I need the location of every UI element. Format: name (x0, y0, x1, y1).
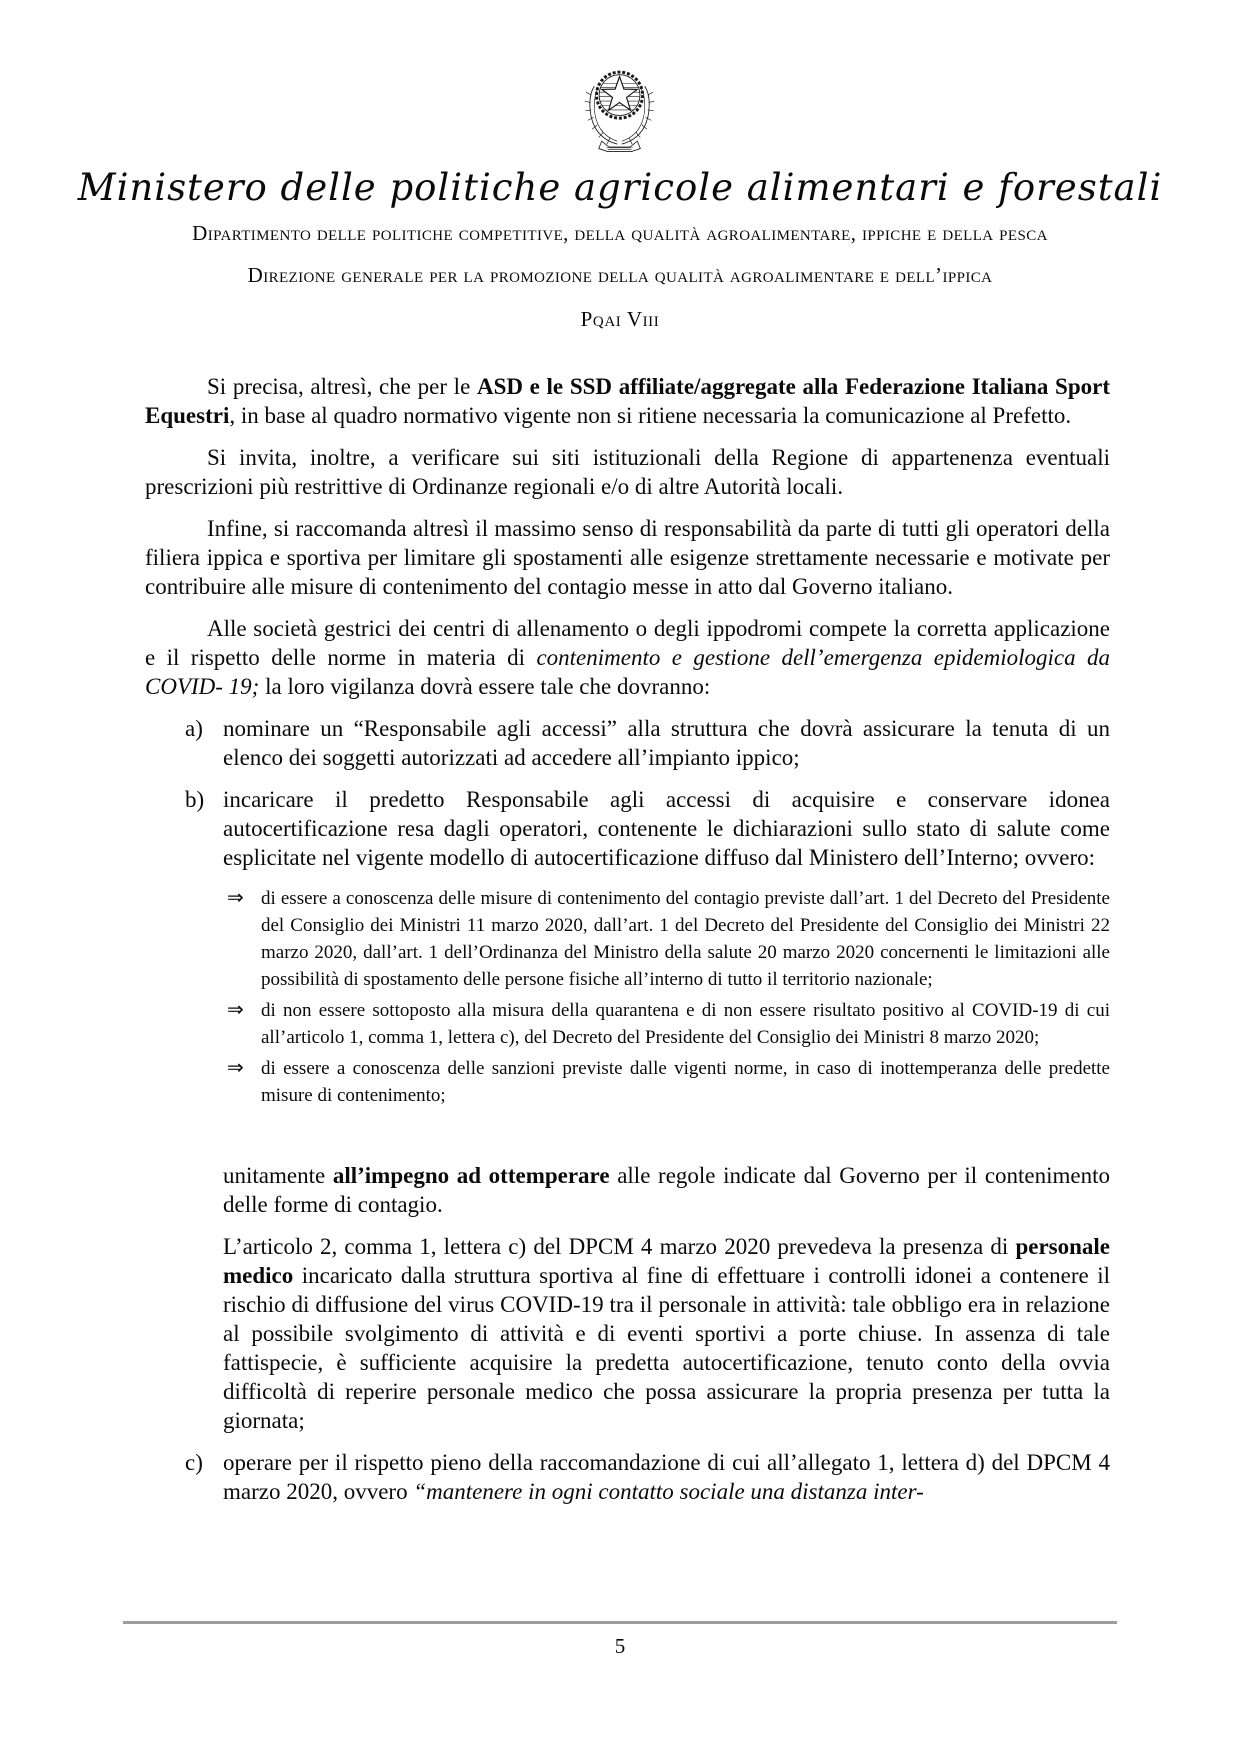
text-run: , in base al quadro normativo vigente no… (229, 403, 1071, 428)
text-run-bold: all’impegno ad ottemperare (333, 1163, 610, 1188)
text-run: incaricato dalla struttura sportiva al f… (223, 1263, 1110, 1433)
paragraph-articolo-2: L’articolo 2, comma 1, lettera c) del DP… (223, 1232, 1110, 1435)
paragraph-unitamente: unitamente all’impegno ad ottemperare al… (223, 1161, 1110, 1219)
list-marker-c: c) (185, 1448, 223, 1506)
document-page: Ministero delle politiche agricole alime… (0, 0, 1240, 1755)
paragraph-societa-gestrici: Alle società gestrici dei centri di alle… (145, 614, 1110, 701)
ministry-title: Ministero delle politiche agricole alime… (0, 166, 1240, 209)
department-line: Dipartimento delle politiche competitive… (0, 221, 1240, 246)
list-text-b: incaricare il predetto Responsabile agli… (223, 785, 1110, 872)
text-run: Si precisa, altresì, che per le (207, 374, 477, 399)
list-text-a: nominare un “Responsabile agli accessi” … (223, 714, 1110, 772)
text-run: la loro vigilanza dovrà essere tale che … (259, 674, 710, 699)
text-run-italic: “mantenere in ogni contatto sociale una … (413, 1479, 923, 1504)
arrow-item-3: ⇒ di essere a conoscenza delle sanzioni … (227, 1055, 1110, 1109)
letterhead: Ministero delle politiche agricole alime… (0, 0, 1240, 332)
arrow-item-1: ⇒ di essere a conoscenza delle misure di… (227, 885, 1110, 993)
arrow-text-1: di essere a conoscenza delle misure di c… (261, 885, 1110, 993)
arrow-icon: ⇒ (227, 885, 261, 993)
arrow-text-3: di essere a conoscenza delle sanzioni pr… (261, 1055, 1110, 1109)
arrow-icon: ⇒ (227, 997, 261, 1051)
list-item-b: b) incaricare il predetto Responsabile a… (185, 785, 1110, 872)
paragraph-raccomandazione-spostamenti: Infine, si raccomanda altresì il massimo… (145, 514, 1110, 601)
state-emblem-graphic (575, 58, 664, 156)
list-marker-a: a) (185, 714, 223, 772)
paragraph-asd-ssd: Si precisa, altresì, che per le ASD e le… (145, 372, 1110, 430)
directorate-line: Direzione generale per la promozione del… (0, 263, 1240, 288)
state-emblem-icon (0, 58, 1240, 158)
arrow-icon: ⇒ (227, 1055, 261, 1109)
list-item-c: c) operare per il rispetto pieno della r… (185, 1448, 1110, 1506)
paragraph-siti-istituzionali: Si invita, inoltre, a verificare sui sit… (145, 443, 1110, 501)
text-run: unitamente (223, 1163, 333, 1188)
footer-divider (123, 1621, 1117, 1624)
office-code: Pqai Viii (0, 307, 1240, 332)
document-body: Si precisa, altresì, che per le ASD e le… (145, 372, 1110, 1506)
list-marker-b: b) (185, 785, 223, 872)
arrow-item-2: ⇒ di non essere sottoposto alla misura d… (227, 997, 1110, 1051)
arrow-list: ⇒ di essere a conoscenza delle misure di… (227, 885, 1110, 1109)
list-text-c: operare per il rispetto pieno della racc… (223, 1448, 1110, 1506)
arrow-text-2: di non essere sottoposto alla misura del… (261, 997, 1110, 1051)
list-item-a: a) nominare un “Responsabile agli access… (185, 714, 1110, 772)
text-run: L’articolo 2, comma 1, lettera c) del DP… (223, 1234, 1015, 1259)
page-number: 5 (0, 1634, 1240, 1659)
